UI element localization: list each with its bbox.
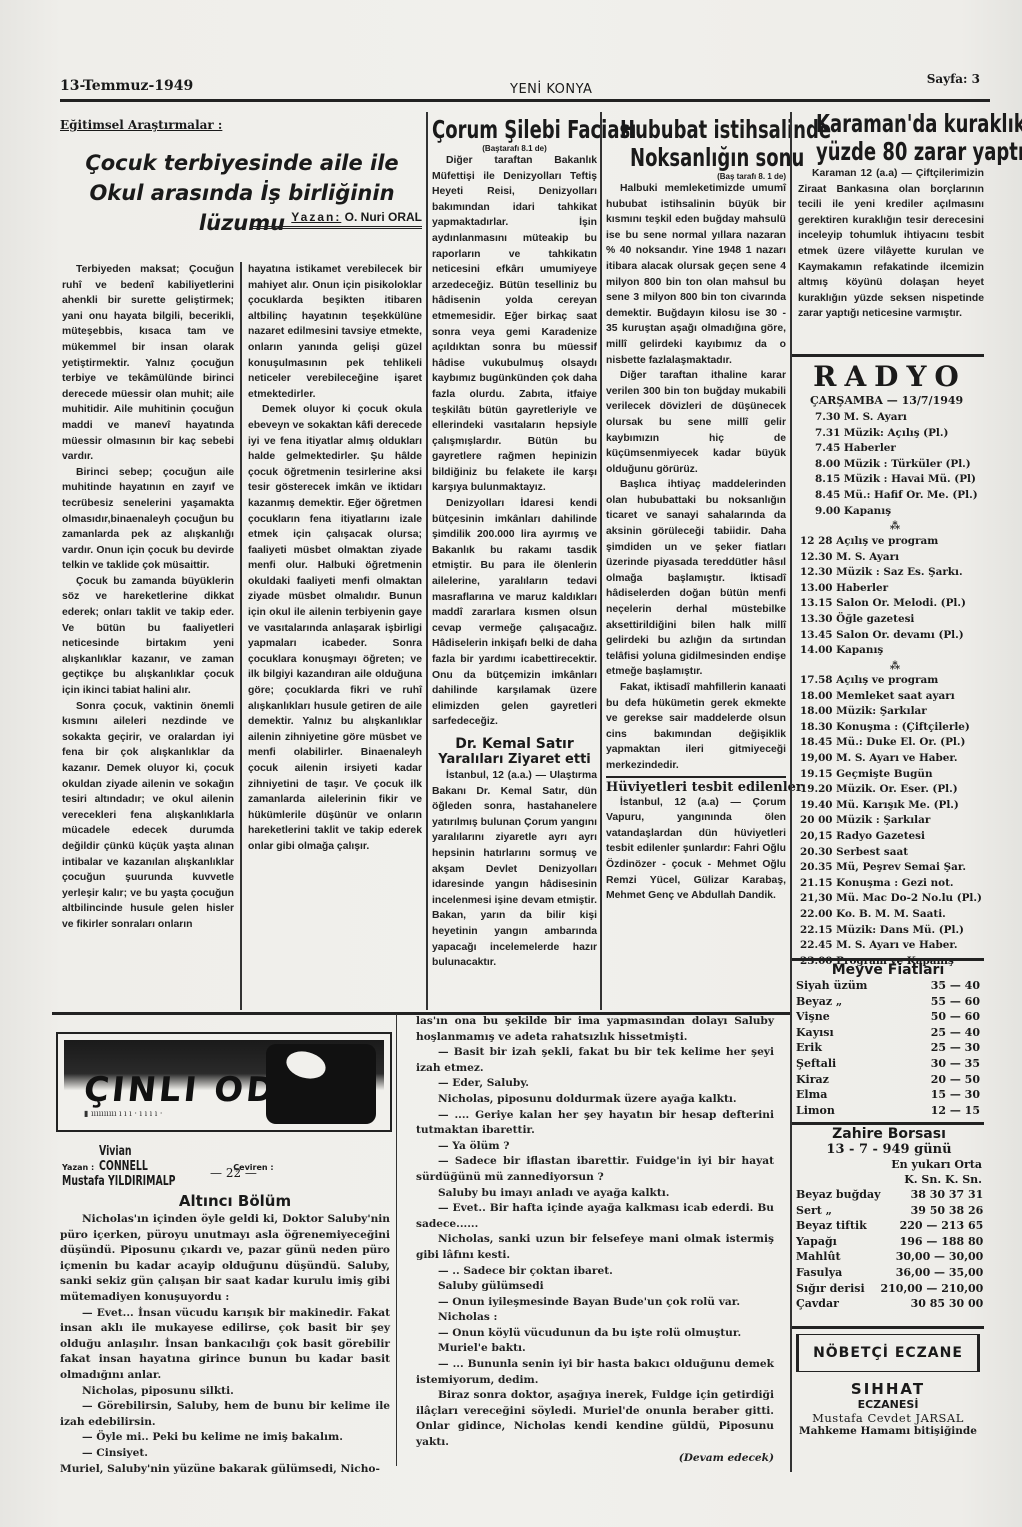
schedule-item: 13.30 Öğle gazetesi	[800, 612, 990, 628]
paragraph: — Basit bir izah şekli, fakat bu bir tek…	[416, 1045, 774, 1076]
schedule-item: 22.15 Müzik: Dans Mü. (Pl.)	[800, 923, 990, 939]
table-row: Sığır derisi210,00 — 210,00	[796, 1281, 983, 1297]
table-row: Şeftali30 — 35	[796, 1056, 980, 1072]
paragraph: Birinci sebep; çocuğun aile muhitinde ha…	[62, 465, 234, 574]
paragraph: Biraz sonra doktor, aşağıya inerek, Fuld…	[416, 1388, 774, 1450]
column-divider	[790, 112, 792, 1472]
chapter-title: Altıncı Bölüm	[145, 1192, 325, 1210]
column-header: K. Sn. K. Sn.	[796, 1172, 982, 1187]
article-body: Diğer taraftan Bakanlık Müfettişi ile De…	[432, 153, 597, 730]
paragraph: İstanbul, 12 (a.a) — Çorum Vapuru, yangı…	[606, 795, 786, 904]
paragraph: İstanbul, 12 (a.a.) — Ulaştırma Bakanı D…	[432, 768, 597, 971]
schedule-item: 7.31 Müzik: Açılış (Pl.)	[815, 426, 1005, 442]
paragraph: Denizyolları İdaresi kendi bütçesinin im…	[432, 496, 597, 730]
article-body: Karaman 12 (a.a) — Çiftçilerimizin Ziraa…	[798, 166, 984, 322]
schedule-item: 19.15 Geçmişte Bugün	[800, 767, 990, 783]
section-divider	[792, 1122, 984, 1125]
table-row: Beyaz „55 — 60	[796, 994, 980, 1010]
paragraph: Saluby bu imayı anladı ve ayağa kalktı.	[416, 1186, 774, 1202]
schedule-item: 9.00 Kapanış	[815, 504, 1005, 520]
schedule-item: 20 00 Müzik : Şarkılar	[800, 813, 990, 829]
paragraph: Nicholas :	[416, 1310, 774, 1326]
price-value: 39 50 38 26	[880, 1203, 983, 1219]
paragraph: Fakat, iktisadî mahfillerin kanaati bu d…	[606, 680, 786, 774]
item-name: Kayısı	[796, 1025, 905, 1041]
paragraph: — .. Sadece bir çoktan ibaret.	[416, 1264, 774, 1280]
paragraph: Nicholas, piposunu silkti.	[60, 1384, 390, 1400]
pharmacy-owner: Mustafa Cevdet JARSAL	[792, 1411, 984, 1425]
item-name: Şeftali	[796, 1056, 905, 1072]
subheadline: Yaralıları Ziyaret etti	[432, 752, 597, 768]
schedule-item: 18.30 Konuşma : (Çiftçilerle)	[800, 720, 990, 736]
corum-article: Çorum Şilebi Faciası (Baştarafı 8.1 de) …	[432, 116, 597, 971]
separator-stars: ⁂	[800, 660, 990, 674]
continued-note: (Baş tarafı 8. 1 de)	[606, 172, 786, 181]
column-divider	[396, 1014, 397, 1466]
schedule-item: 8.00 Müzik : Türküler (Pl.)	[815, 457, 1005, 473]
column-divider	[240, 262, 242, 1010]
story-column-2: las'ın ona bu şekilde bir ima yapmasında…	[416, 1014, 774, 1466]
paragraph: — Onun iyileşmesinde Bayan Bude'un çok r…	[416, 1295, 774, 1311]
table-row: Kayısı25 — 40	[796, 1025, 980, 1041]
schedule-item: 18.45 Mü.: Duke El. Or. (Pl.)	[800, 735, 990, 751]
table-row: Limon12 — 15	[796, 1103, 980, 1119]
price-value: 38 30 37 31	[880, 1187, 983, 1203]
section-divider	[792, 958, 984, 961]
paragraph: — .... Geriye kalan her şey hayatın bir …	[416, 1108, 774, 1139]
item-name: Sığır derisi	[796, 1281, 880, 1297]
newspaper-page: 13-Temmuz-1949 YENİ KONYA Sayfa: 3 Eğiti…	[0, 0, 1022, 1527]
paragraph: las'ın ona bu şekilde bir ima yapmasında…	[416, 1014, 774, 1045]
schedule-item: 20.35 Mü, Peşrev Semai Şar.	[800, 860, 990, 876]
schedule-item: 21.15 Konuşma : Gezi not.	[800, 876, 990, 892]
paragraph: — Öyle mi.. Peki bu kelime ne imiş bakal…	[60, 1430, 390, 1446]
pharmacy-subtitle: ECZANESİ	[792, 1398, 984, 1411]
schedule-item: 19,00 M. S. Ayarı ve Haber.	[800, 751, 990, 767]
paragraph: Diğer taraftan Bakanlık Müfettişi ile De…	[432, 153, 597, 496]
byline-label: Yazan:	[291, 210, 341, 224]
item-name: Elma	[796, 1087, 905, 1103]
section-label: Eğitimsel Araştırmalar :	[60, 118, 222, 132]
serial-banner: ÇINLI ODASI ▮ ıııııııııı ı ı ı · ı ı ı ı…	[56, 1032, 392, 1132]
item-name: Beyaz buğday	[796, 1187, 880, 1203]
schedule-item: 18.00 Memleket saat ayarı	[800, 689, 990, 705]
radio-schedule-morning: 7.30 M. S. Ayarı 7.31 Müzik: Açılış (Pl.…	[815, 410, 1005, 519]
issue-date: 13-Temmuz-1949	[60, 78, 193, 94]
schedule-item: 22.00 Ko. B. M. M. Saati.	[800, 907, 990, 923]
price-value: 30 85 30 00	[880, 1296, 983, 1312]
paragraph: — Sadece bir iflastan ibarettir. Fuidge'…	[416, 1154, 774, 1185]
table-row: Elma15 — 30	[796, 1087, 980, 1103]
item-name: Limon	[796, 1103, 905, 1119]
on-duty-pharmacy-title: NÖBETÇİ ECZANE	[796, 1334, 980, 1372]
item-name: Vişne	[796, 1009, 905, 1025]
price-range: 35 — 40	[905, 978, 980, 994]
author-name: O. Nuri ORAL	[345, 210, 422, 224]
price-range: 55 — 60	[905, 994, 980, 1010]
translator-name: Mustafa YILDIRIMALP	[62, 1174, 176, 1189]
paragraph: — Evet.. Bir hafta içinde ayağa kalkması…	[416, 1201, 774, 1232]
table-row: Yapağı196 — 188 80	[796, 1234, 983, 1250]
price-range: 12 — 15	[905, 1103, 980, 1119]
fruit-prices-box: Meyve Fiatları Siyah üzüm35 — 40 Beyaz „…	[796, 962, 980, 1118]
article-body: İstanbul, 12 (a.a.) — Ulaştırma Bakanı D…	[432, 768, 597, 971]
masthead: 13-Temmuz-1949 YENİ KONYA Sayfa: 3	[60, 78, 990, 102]
radio-schedule-noon: 12 28 Açılış ve program 12.30 M. S. Ayar…	[800, 534, 990, 659]
table-row: Beyaz buğday38 30 37 31	[796, 1187, 983, 1203]
item-name: Fasulya	[796, 1265, 880, 1281]
item-name: Çavdar	[796, 1296, 880, 1312]
article-byline: Yazan: O. Nuri ORAL	[250, 210, 422, 229]
schedule-item: 7.30 M. S. Ayarı	[815, 410, 1005, 426]
schedule-item: 12.30 Müzik : Saz Es. Şarkı.	[800, 565, 990, 581]
paragraph: Nicholas, piposunu doldurmak üzere ayağa…	[416, 1092, 774, 1108]
item-name: Yapağı	[796, 1234, 880, 1250]
banner-caption: ▮ ıııııııııı ı ı ı · ı ı ı ı ·	[84, 1109, 162, 1118]
paragraph: Başlıca ihtiyaç maddelerinden olan hubub…	[606, 477, 786, 680]
column-header: En yukarı Orta	[796, 1157, 982, 1172]
article-headline: yüzde 80 zarar yaptı	[816, 138, 937, 166]
schedule-item: 12 28 Açılış ve program	[800, 534, 990, 550]
hububat-article: Hububat istihsalinde Noksanlığın sonu (B…	[606, 116, 786, 904]
table-row: Vişne50 — 60	[796, 1009, 980, 1025]
table-row: Fasulya36,00 — 35,00	[796, 1265, 983, 1281]
price-value: 30,00 — 30,00	[880, 1249, 983, 1265]
schedule-item: 7.45 Haberler	[815, 441, 1005, 457]
table-row: Kiraz20 — 50	[796, 1072, 980, 1088]
schedule-item: 12.30 M. S. Ayarı	[800, 550, 990, 566]
paragraph: Karaman 12 (a.a) — Çiftçilerimizin Ziraa…	[798, 166, 984, 322]
radio-date: ÇARŞAMBA — 13/7/1949	[810, 394, 963, 407]
schedule-item: 13.00 Haberler	[800, 581, 990, 597]
price-value: 36,00 — 35,00	[880, 1265, 983, 1281]
banner-illustration: ÇINLI ODASI ▮ ıııııııııı ı ı ı · ı ı ı ı…	[64, 1040, 384, 1124]
schedule-item: 19.40 Mü. Karışık Me. (Pl.)	[800, 798, 990, 814]
pharmacy-name: SIHHAT	[792, 1380, 984, 1398]
price-range: 20 — 50	[905, 1072, 980, 1088]
paragraph: hayatına istikamet verebilecek bir mahiy…	[248, 262, 422, 402]
paragraph: — Evet... İnsan vücudu karışık bir makin…	[60, 1306, 390, 1384]
schedule-item: 20.30 Serbest saat	[800, 845, 990, 861]
item-name: Sert „	[796, 1203, 880, 1219]
article-column-2: hayatına istikamet verebilecek bir mahiy…	[248, 262, 422, 855]
item-name: Erik	[796, 1040, 905, 1056]
section-divider	[792, 1326, 984, 1329]
schedule-item: 19.20 Müzik. Or. Eser. (Pl.)	[800, 782, 990, 798]
pharmacy-address: Mahkeme Hamamı bitişiğinde	[792, 1425, 984, 1437]
paragraph: — Ya ölüm ?	[416, 1139, 774, 1155]
article-headline: Çorum Şilebi Faciası	[432, 116, 551, 144]
paragraph: Muriel, Saluby'nin yüzüne bakarak gülüms…	[60, 1462, 390, 1478]
schedule-item: 8.15 Müzik : Havai Mü. (Pl)	[815, 472, 1005, 488]
fruit-price-table: Siyah üzüm35 — 40 Beyaz „55 — 60 Vişne50…	[796, 978, 980, 1118]
schedule-item: 18.00 Müzik: Şarkılar	[800, 704, 990, 720]
paragraph: — ... Bununla senin iyi bir hasta bakıcı…	[416, 1357, 774, 1388]
schedule-item: 14.00 Kapanış	[800, 643, 990, 659]
item-name: Siyah üzüm	[796, 978, 905, 994]
section-divider	[792, 354, 984, 357]
paragraph: — Görebilirsin, Saluby, hem de bunu bir …	[60, 1399, 390, 1430]
radio-schedule-evening: 17.58 Açılış ve program 18.00 Memleket s…	[800, 673, 990, 969]
schedule-item: 20,15 Radyo Gazetesi	[800, 829, 990, 845]
pharmacy-box: NÖBETÇİ ECZANE SIHHAT ECZANESİ Mustafa C…	[792, 1334, 984, 1437]
box-heading: Meyve Fiatları	[796, 962, 980, 978]
paragraph: Muriel'e baktı.	[416, 1341, 774, 1357]
schedule-item: 13.15 Salon Or. Melodi. (Pl.)	[800, 596, 990, 612]
paragraph: Çocuk bu zamanda büyüklerin söz ve harek…	[62, 574, 234, 699]
paragraph: Diğer taraftan ithaline karar verilen 30…	[606, 368, 786, 477]
paragraph: — Eder, Saluby.	[416, 1076, 774, 1092]
table-row: Mahlût30,00 — 30,00	[796, 1249, 983, 1265]
price-range: 15 — 30	[905, 1087, 980, 1103]
price-value: 210,00 — 210,00	[880, 1281, 983, 1297]
item-name: Beyaz „	[796, 994, 905, 1010]
paragraph: Sonra çocuk, vaktinin önemli kısmını ail…	[62, 699, 234, 933]
subheadline: Hüviyetleri tesbit edilenler	[606, 780, 786, 795]
table-row: Sert „39 50 38 26	[796, 1203, 983, 1219]
item-name: Beyaz tiftik	[796, 1218, 880, 1234]
price-range: 25 — 30	[905, 1040, 980, 1056]
author-name: Vivian CONNELL	[99, 1144, 178, 1174]
story-column-1: Nicholas'ın içinden öyle geldi ki, Dokto…	[60, 1212, 390, 1477]
paragraph: — Cinsiyet.	[60, 1446, 390, 1462]
paragraph: Nicholas'ın içinden öyle geldi ki, Dokto…	[60, 1212, 390, 1306]
table-row: Erik25 — 30	[796, 1040, 980, 1056]
continued-note: (Devam edecek)	[416, 1451, 774, 1467]
grain-price-table: Beyaz buğday38 30 37 31 Sert „39 50 38 2…	[796, 1187, 983, 1312]
paragraph: — Onun köylü vücudunun da bu işte rolü o…	[416, 1326, 774, 1342]
article-headline: Hububat istihsalinde	[620, 116, 740, 144]
price-range: 30 — 35	[905, 1056, 980, 1072]
grain-exchange-box: Zahire Borsası 13 - 7 - 949 günü En yuka…	[796, 1126, 982, 1312]
paragraph: Terbiyeden maksat; Çocuğun ruhî ve beden…	[62, 262, 234, 465]
schedule-item: 21,30 Mü. Mac Do-2 No.lu (Pl.)	[800, 891, 990, 907]
author-label: Yazan :	[62, 1163, 94, 1172]
price-value: 220 — 213 65	[880, 1218, 983, 1234]
radio-heading: RADYO	[795, 360, 985, 393]
column-divider	[426, 112, 428, 1010]
article-column-1: Terbiyeden maksat; Çocuğun ruhî ve beden…	[62, 262, 234, 933]
paragraph: Saluby gülümsedi	[416, 1279, 774, 1295]
schedule-item: 22.45 M. S. Ayarı ve Haber.	[800, 938, 990, 954]
schedule-item: 17.58 Açılış ve program	[800, 673, 990, 689]
table-row: Çavdar30 85 30 00	[796, 1296, 983, 1312]
price-range: 50 — 60	[905, 1009, 980, 1025]
box-heading: Zahire Borsası	[796, 1126, 982, 1142]
table-row: Siyah üzüm35 — 40	[796, 978, 980, 994]
price-value: 196 — 188 80	[880, 1234, 983, 1250]
schedule-item: 13.45 Salon Or. devamı (Pl.)	[800, 628, 990, 644]
separator-stars: ⁂	[800, 520, 990, 534]
article-headline: Karaman'da kuraklık	[816, 110, 937, 138]
item-name: Mahlût	[796, 1249, 880, 1265]
page-number: Sayfa: 3	[927, 72, 980, 86]
subheadline: Dr. Kemal Satır	[432, 736, 597, 752]
schedule-item: 8.45 Mü.: Hafif Or. Me. (Pl.)	[815, 488, 1005, 504]
article-headline: Noksanlığın sonu	[630, 144, 742, 172]
paper-name: YENİ KONYA	[510, 82, 592, 97]
exchange-date: 13 - 7 - 949 günü	[796, 1142, 982, 1157]
karaman-article: Karaman'da kuraklık yüzde 80 zarar yaptı…	[798, 110, 984, 322]
column-divider	[600, 112, 602, 1010]
paragraph: Demek oluyor ki çocuk okula ebeveyn ve s…	[248, 402, 422, 854]
continued-note: (Baştarafı 8.1 de)	[432, 144, 597, 153]
article-body: Halbuki memleketimizde umumî hububat ist…	[606, 181, 786, 774]
table-row: Beyaz tiftik220 — 213 65	[796, 1218, 983, 1234]
article-body: İstanbul, 12 (a.a) — Çorum Vapuru, yangı…	[606, 795, 786, 904]
item-name: Kiraz	[796, 1072, 905, 1088]
paragraph: Halbuki memleketimizde umumî hububat ist…	[606, 181, 786, 368]
installment-number: — 22 —	[210, 1166, 257, 1180]
paragraph: Nicholas, sanki uzun bir felsefeye mani …	[416, 1232, 774, 1263]
mask-illustration-icon	[266, 1044, 376, 1124]
price-range: 25 — 40	[905, 1025, 980, 1041]
